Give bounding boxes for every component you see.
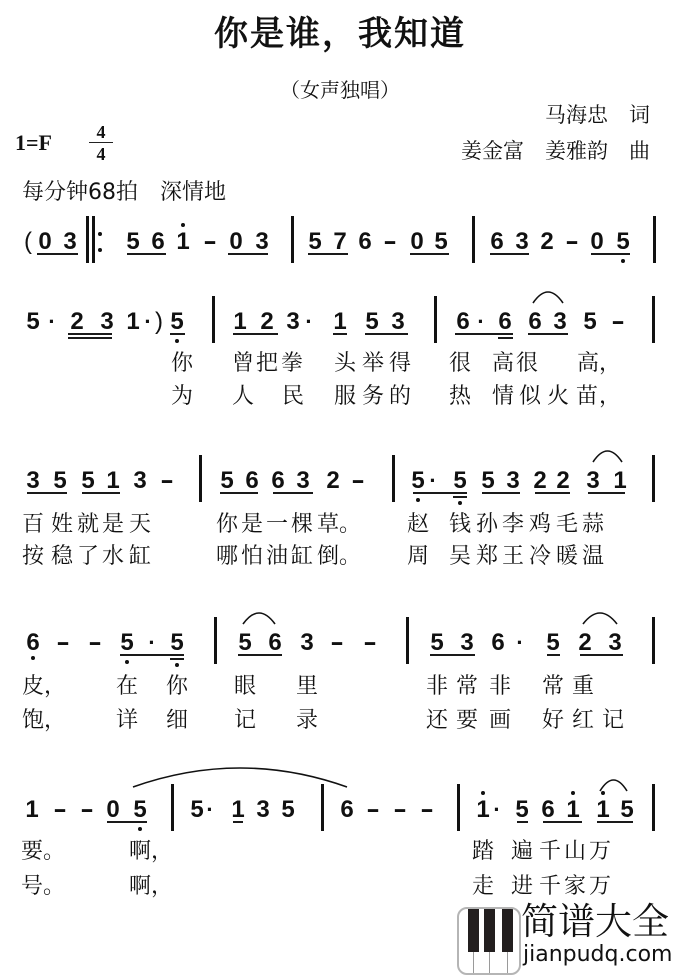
slur-arc bbox=[583, 613, 617, 624]
slur-arc bbox=[600, 780, 627, 791]
white-key-divider bbox=[473, 952, 474, 973]
slur-arc bbox=[533, 292, 563, 303]
black-key bbox=[468, 909, 479, 952]
slur-arc bbox=[133, 768, 347, 787]
sheet-music-page: 你是谁，我知道 （女声独唱） 马海忠 词 姜金富 姜雅韵 曲 1=F 4 4 每… bbox=[0, 0, 680, 975]
slur-arc bbox=[593, 451, 622, 462]
white-key-divider bbox=[489, 952, 490, 973]
slur-arc bbox=[243, 613, 275, 624]
slur-layer bbox=[0, 0, 680, 975]
watermark-domain: jianpudq.com bbox=[523, 941, 672, 969]
piano-keys-icon bbox=[457, 907, 521, 975]
white-key-divider bbox=[507, 952, 508, 973]
black-key bbox=[484, 909, 495, 952]
watermark-brand: 简谱大全 bbox=[521, 902, 669, 942]
black-key bbox=[502, 909, 513, 952]
